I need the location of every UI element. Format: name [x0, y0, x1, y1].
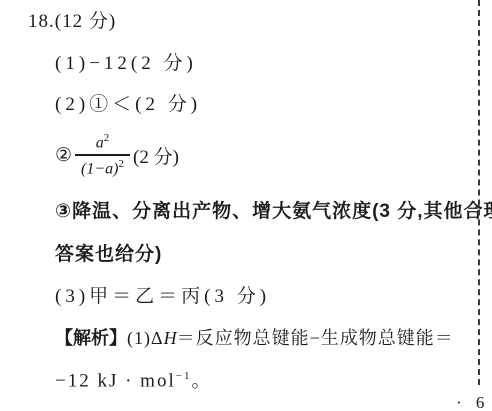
page-number-fragment: · 6	[456, 393, 489, 411]
analysis-label: 【解析】	[55, 328, 127, 348]
analysis-line2: −12 kJ · mol−1。	[55, 364, 212, 393]
answer-sheet-page: 18.(12 分) (1)−12(2 分) (2)①＜(2 分) ② a2 (1…	[0, 0, 492, 411]
part3-answer: (3)甲＝乙＝丙(3 分)	[55, 285, 270, 309]
analysis-body-pre: (1)Δ	[127, 328, 164, 348]
part2-item3-answer-line2: 答案也给分)	[55, 243, 162, 267]
part2-item2-prefix: ②	[55, 144, 72, 167]
part1-answer: (1)−12(2 分)	[55, 52, 197, 76]
part2-item3-answer-line1: ③降温、分离出产物、增大氨气浓度(3 分,其他合理	[55, 200, 492, 224]
analysis-value-end: 。	[191, 370, 212, 391]
fraction-denominator: (1−a)2	[75, 154, 130, 178]
column-divider-dotted-line	[478, 0, 480, 385]
analysis-value-exponent: −1	[176, 370, 192, 382]
fraction-numerator: a2	[75, 132, 130, 154]
question-points: (12 分)	[55, 11, 116, 32]
analysis-value-main: −12 kJ · mol	[55, 370, 176, 391]
part2-item2-answer: ② a2 (1−a)2 (2 分)	[55, 132, 179, 179]
analysis-line1: 【解析】(1)ΔH＝反应物总键能−生成物总键能＝	[55, 326, 454, 350]
part2-item1-answer: (2)①＜(2 分)	[55, 93, 201, 117]
analysis-body-rest: ＝反应物总键能−生成物总键能＝	[177, 328, 454, 348]
question-heading: 18.(12 分)	[28, 10, 116, 34]
fraction: a2 (1−a)2	[75, 132, 130, 179]
denominator-base: (1−a)	[81, 161, 118, 178]
part2-item2-points: (2 分)	[133, 142, 179, 169]
numerator-exponent: 2	[104, 132, 110, 144]
analysis-delta-h-variable: H	[164, 328, 177, 348]
question-number: 18.	[28, 11, 55, 32]
denominator-exponent: 2	[119, 158, 125, 170]
numerator-base: a	[96, 134, 104, 151]
